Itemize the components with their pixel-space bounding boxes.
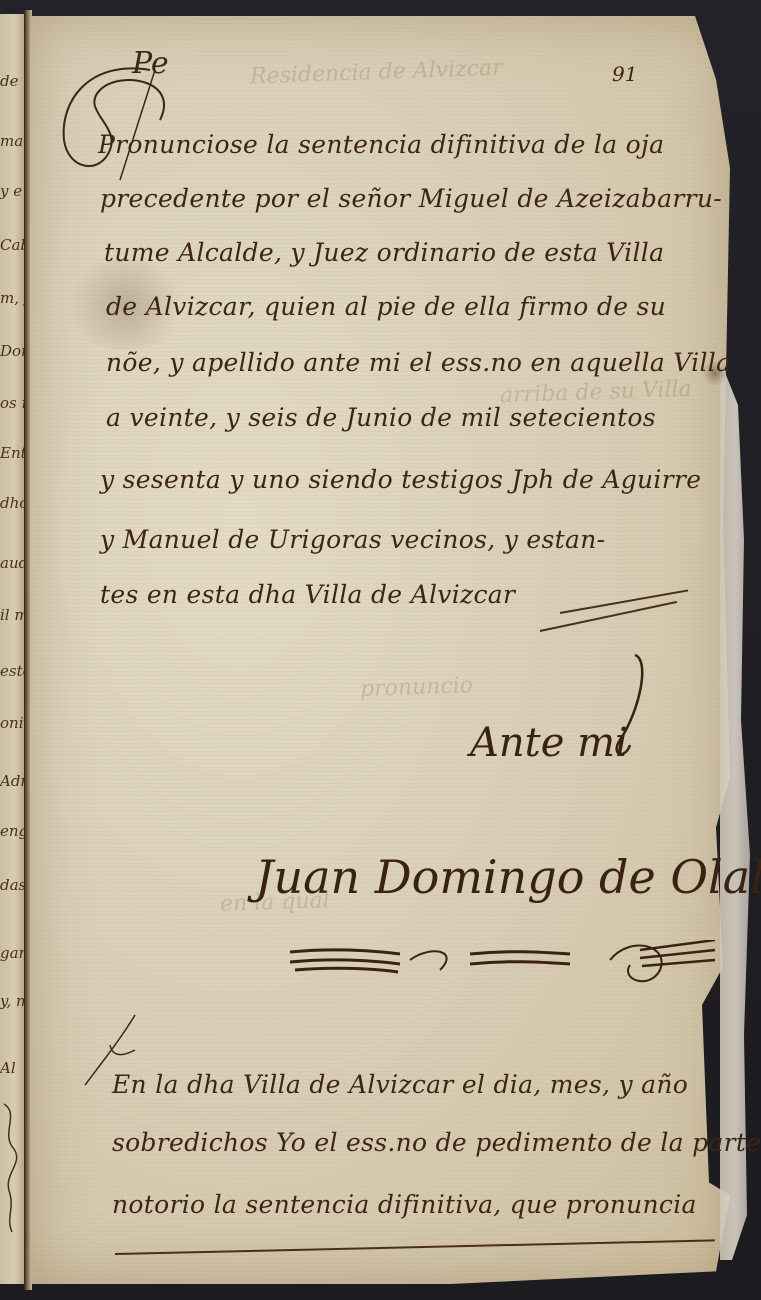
facing-fragment: gano <box>0 944 26 962</box>
facing-fragment: Ent <box>0 444 26 462</box>
facing-page-edge: de ma- y e Cab m, y Dom os n Ent dho aud… <box>0 14 26 1284</box>
notification-line: sobredichos Yo el ess.no de pedimento de… <box>112 1128 761 1157</box>
facing-fragment: y, man <box>0 992 26 1010</box>
notification-line: En la dha Villa de Alvizcar el dia, mes,… <box>112 1070 688 1099</box>
facing-flourish-icon <box>0 1094 24 1234</box>
facing-fragment: Cab <box>0 236 26 254</box>
facing-fragment: onio <box>0 714 26 732</box>
facing-fragment: das. <box>0 876 26 894</box>
body-line: nõe, y apellido ante mi el ess.no en aqu… <box>106 348 731 377</box>
facing-fragment: aude <box>0 554 26 572</box>
notary-rubric-icon <box>290 940 720 1000</box>
notary-signature: Juan Domingo de Olalde <box>255 850 761 904</box>
facing-fragment: Adm <box>0 772 26 790</box>
facing-fragment: Al <box>0 1059 16 1077</box>
facing-fragment: y e <box>0 182 22 200</box>
facing-fragment: dho <box>0 494 26 512</box>
facing-fragment: esto <box>0 662 26 680</box>
body-line: de Alvizcar, quien al pie de ella firmo … <box>106 292 666 321</box>
folio-number: 91 <box>612 62 637 86</box>
facing-fragment: os n <box>0 394 26 412</box>
bleed-through-text: pronuncio <box>360 673 474 702</box>
body-line: tes en esta dha Villa de Alvizcar <box>100 580 515 609</box>
facing-fragment: ma- <box>0 132 26 150</box>
attestation-flourish-icon <box>590 650 660 770</box>
facing-fragment: de <box>0 72 18 90</box>
body-line: precedente por el señor Miguel de Azeiza… <box>100 184 722 213</box>
notification-line: notorio la sentencia difinitiva, que pro… <box>112 1190 697 1219</box>
facing-fragment: m, y <box>0 289 26 307</box>
initial-p-flourish-icon <box>50 50 190 190</box>
body-line: a veinte, y seis de Junio de mil setecie… <box>106 403 656 432</box>
body-line: y sesenta y uno siendo testigos Jph de A… <box>100 465 701 494</box>
body-line: Pronunciose la sentencia difinitiva de l… <box>98 130 664 159</box>
body-line: tume Alcalde, y Juez ordinario de esta V… <box>104 238 664 267</box>
facing-fragment: engu <box>0 822 26 840</box>
facing-fragment: il m <box>0 606 26 624</box>
body-line: y Manuel de Urigoras vecinos, y estan- <box>100 525 605 554</box>
facing-fragment: Dom <box>0 342 26 360</box>
